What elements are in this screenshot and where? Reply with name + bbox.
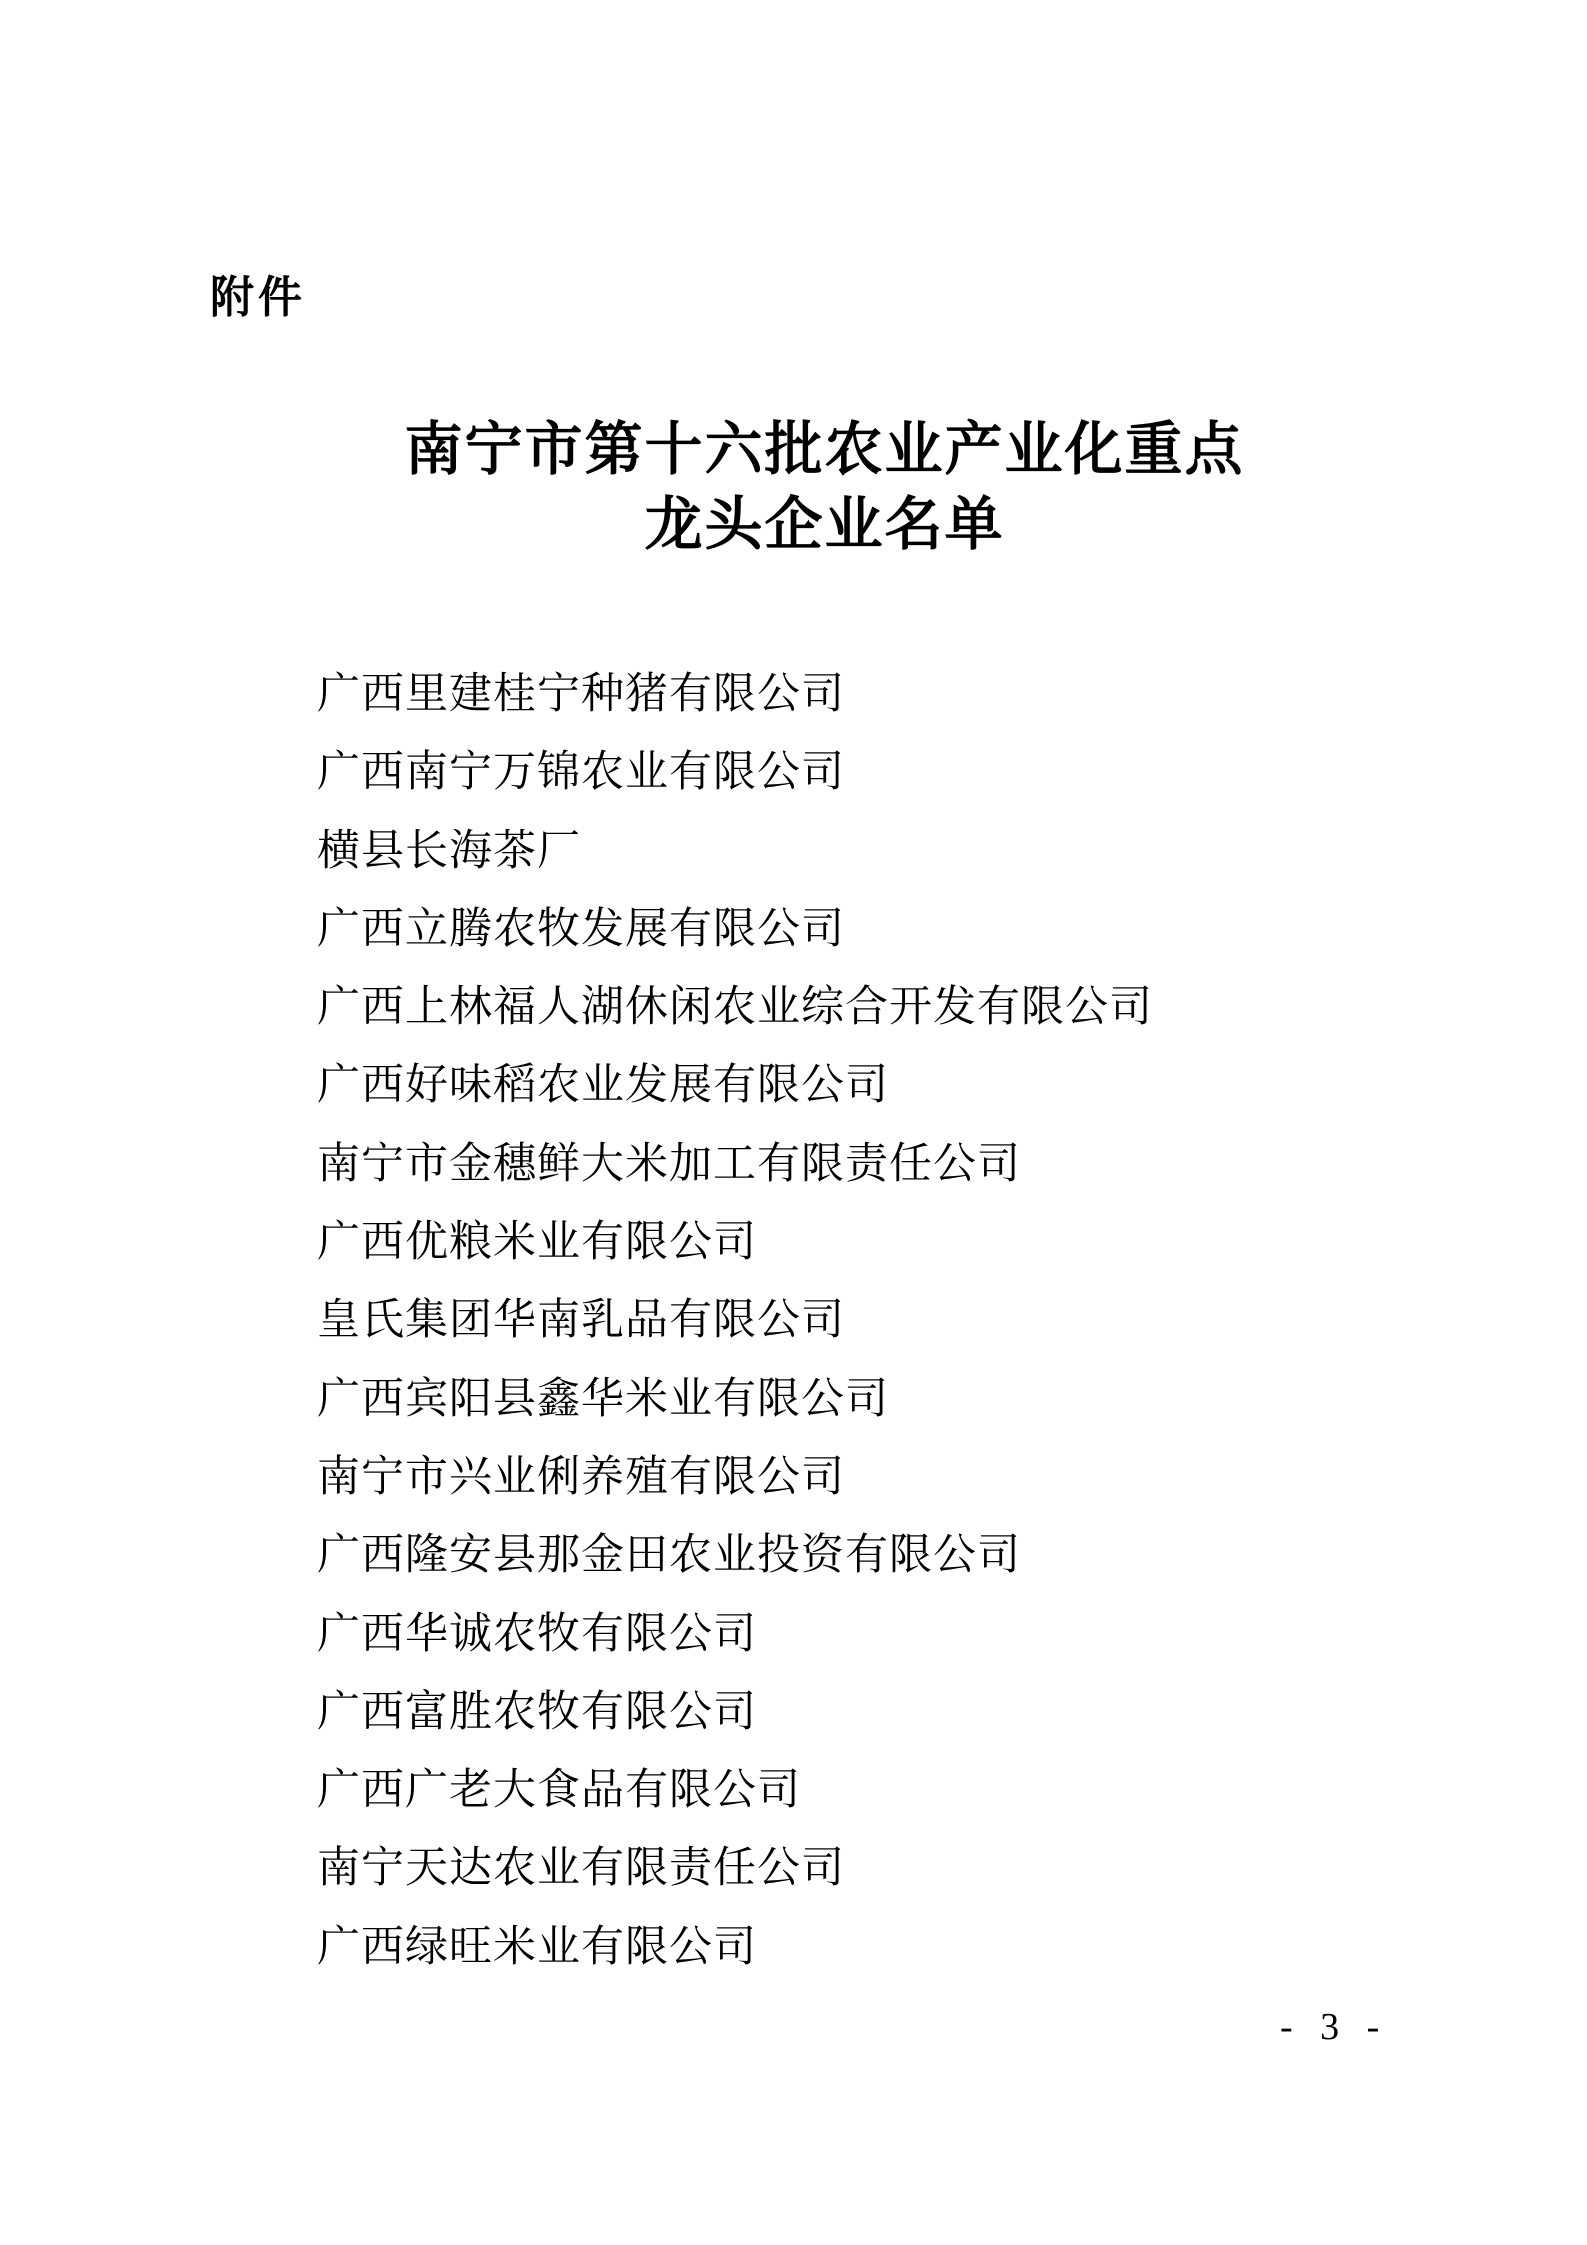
- company-list-item: 南宁天达农业有限责任公司: [317, 1830, 1153, 1908]
- company-list-item: 南宁市金穗鲜大米加工有限责任公司: [317, 1126, 1153, 1204]
- company-list-item: 广西南宁万锦农业有限公司: [317, 734, 1153, 812]
- company-list-item: 横县长海茶厂: [317, 813, 1153, 891]
- page-number: - 3 -: [1280, 2003, 1382, 2051]
- document-title: 南宁市第十六批农业产业化重点 龙头企业名单: [62, 412, 1587, 562]
- company-list: 广西里建桂宁种猪有限公司广西南宁万锦农业有限公司横县长海茶厂广西立腾农牧发展有限…: [317, 656, 1153, 1987]
- company-list-item: 广西广老大食品有限公司: [317, 1752, 1153, 1830]
- title-line-2: 龙头企业名单: [62, 487, 1587, 562]
- company-list-item: 广西华诚农牧有限公司: [317, 1596, 1153, 1674]
- company-list-item: 广西绿旺米业有限公司: [317, 1909, 1153, 1987]
- company-list-item: 广西优粮米业有限公司: [317, 1204, 1153, 1282]
- company-list-item: 广西好味稻农业发展有限公司: [317, 1047, 1153, 1125]
- company-list-item: 广西隆安县那金田农业投资有限公司: [317, 1517, 1153, 1595]
- company-list-item: 广西里建桂宁种猪有限公司: [317, 656, 1153, 734]
- company-list-item: 广西富胜农牧有限公司: [317, 1674, 1153, 1752]
- attachment-label: 附件: [210, 272, 306, 325]
- title-line-1: 南宁市第十六批农业产业化重点: [62, 412, 1587, 487]
- document-page: 附件 南宁市第十六批农业产业化重点 龙头企业名单 广西里建桂宁种猪有限公司广西南…: [0, 0, 1587, 2245]
- company-list-item: 广西立腾农牧发展有限公司: [317, 891, 1153, 969]
- company-list-item: 南宁市兴业俐养殖有限公司: [317, 1439, 1153, 1517]
- company-list-item: 广西宾阳县鑫华米业有限公司: [317, 1361, 1153, 1439]
- company-list-item: 广西上林福人湖休闲农业综合开发有限公司: [317, 969, 1153, 1047]
- company-list-item: 皇氏集团华南乳品有限公司: [317, 1282, 1153, 1360]
